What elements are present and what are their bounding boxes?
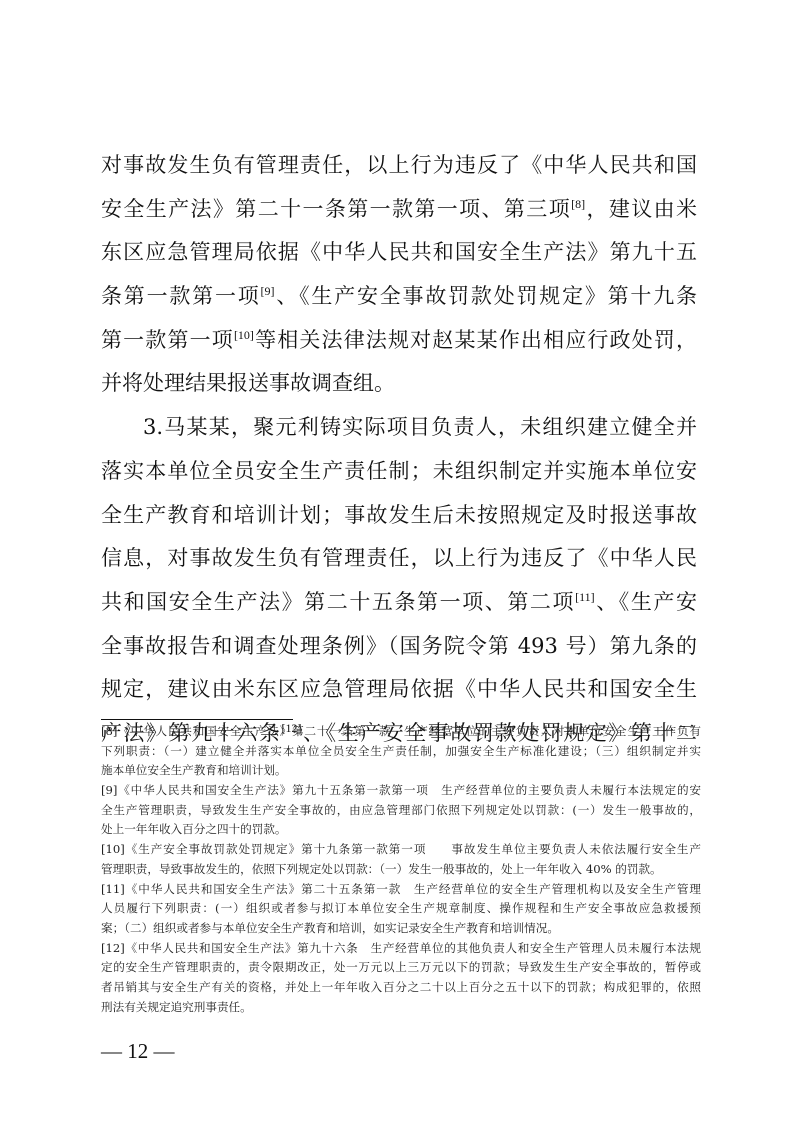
- body-line: 条第一款第一项[9]、《生产安全事故罚款处罚规定》第十九条: [101, 275, 697, 319]
- paragraph-3-start: 3.马某某，聚元利铸实际项目负责人，未组织建立健全并: [101, 406, 697, 450]
- body-line: 对事故发生负有管理责任，以上行为违反了《中华人民共和国: [101, 144, 697, 188]
- body-line: 安全生产法》第二十一条第一款第一项、第三项[8]，建议由米: [101, 188, 697, 232]
- footnote-8-line: 下列职责：（一）建立健全并落实本单位全员安全生产责任制，加强安全生产标准化建设；…: [101, 742, 701, 762]
- footnote-12-line: 者吊销其与安全生产有关的资格，并处上一年年收入百分之二十以上百分之五十以下的罚款…: [101, 978, 701, 998]
- body-line: 第一款第一项[10]等相关法律法规对赵某某作出相应行政处罚，: [101, 319, 697, 363]
- footnote-8-line: [8]《中华人民共和国安全生产法》第二十一条第一款 生产经营单位的主要负责人对本…: [101, 722, 701, 742]
- body-line: 落实本单位全员安全生产责任制；未组织制定并实施本单位安: [101, 450, 697, 494]
- footnote-8-line: 施本单位安全生产教育和培训计划。: [101, 761, 701, 781]
- body-line: 全生产教育和培训计划；事故发生后未按照规定及时报送事故: [101, 494, 697, 538]
- footnote-11-line: 人员履行下列职责：(一）组织或者参与拟订本单位安全生产规章制度、操作规程和生产安…: [101, 899, 701, 919]
- footnote-11-line: 案；（二）组织或者参与本单位安全生产教育和培训，如实记录安全生产教育和培训情况。: [101, 919, 701, 939]
- footnote-12-line: 刑法有关规定追究刑事责任。: [101, 998, 701, 1018]
- footnote-ref-8[interactable]: [8]: [571, 197, 585, 211]
- body-text: 对事故发生负有管理责任，以上行为违反了《中华人民共和国 安全生产法》第二十一条第…: [101, 144, 697, 756]
- page-number: — 12 —: [101, 1039, 175, 1064]
- body-line: 东区应急管理局依据《中华人民共和国安全生产法》第九十五: [101, 231, 697, 275]
- footnote-9-line: [9]《中华人民共和国安全生产法》第九十五条第一款第一项 生产经营单位的主要负责…: [101, 781, 701, 801]
- footnote-10-line: [10]《生产安全事故罚款处罚规定》第十九条第一款第一项 事故发生单位主要负责人…: [101, 840, 701, 860]
- footnote-ref-10[interactable]: [10]: [234, 328, 254, 342]
- body-line: 信息，对事故发生负有管理责任，以上行为违反了《中华人民: [101, 537, 697, 581]
- footnote-ref-9[interactable]: [9]: [261, 284, 275, 298]
- footnotes: [8]《中华人民共和国安全生产法》第二十一条第一款 生产经营单位的主要负责人对本…: [101, 722, 701, 1017]
- footnote-divider: [101, 719, 293, 720]
- footnote-11-line: [11]《中华人民共和国安全生产法》第二十五条第一款 生产经营单位的安全生产管理…: [101, 880, 701, 900]
- footnote-9-line: 全生产管理职责，导致发生生产安全事故的，由应急管理部门依照下列规定处以罚款：(一…: [101, 801, 701, 821]
- body-line: 全事故报告和调查处理条例》（国务院令第 493 号）第九条的: [101, 625, 697, 669]
- footnote-12-line: [12]《中华人民共和国安全生产法》第九十六条 生产经营单位的其他负责人和安全生…: [101, 939, 701, 959]
- body-line: 共和国安全生产法》第二十五条第一项、第二项[11]、《生产安: [101, 581, 697, 625]
- body-line: 并将处理结果报送事故调查组。: [101, 362, 697, 406]
- footnote-12-line: 定的安全生产管理职责的，责令限期改正，处一万元以上三万元以下的罚款；导致发生生产…: [101, 958, 701, 978]
- footnote-10-line: 管理职责，导致事故发生的，依照下列规定处以罚款：（一）发生一般事故的，处上一年年…: [101, 860, 701, 880]
- document-page: 对事故发生负有管理责任，以上行为违反了《中华人民共和国 安全生产法》第二十一条第…: [0, 0, 793, 1122]
- footnote-9-line: 处上一年年收入百分之四十的罚款。: [101, 820, 701, 840]
- body-line: 规定，建议由米东区应急管理局依据《中华人民共和国安全生: [101, 668, 697, 712]
- footnote-ref-11[interactable]: [11]: [575, 590, 595, 604]
